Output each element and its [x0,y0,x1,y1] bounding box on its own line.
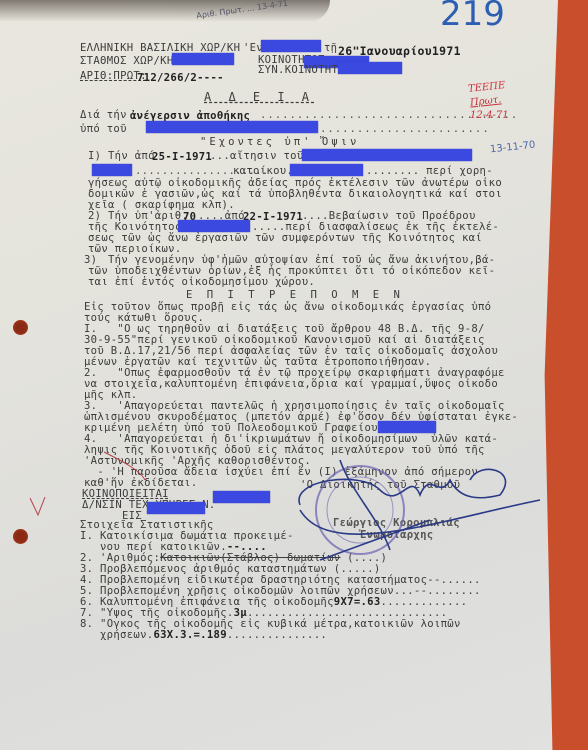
stamp-and-signature [0,0,588,750]
signature [299,460,540,560]
red-checkmark [30,452,145,515]
official-stamp [316,466,404,554]
